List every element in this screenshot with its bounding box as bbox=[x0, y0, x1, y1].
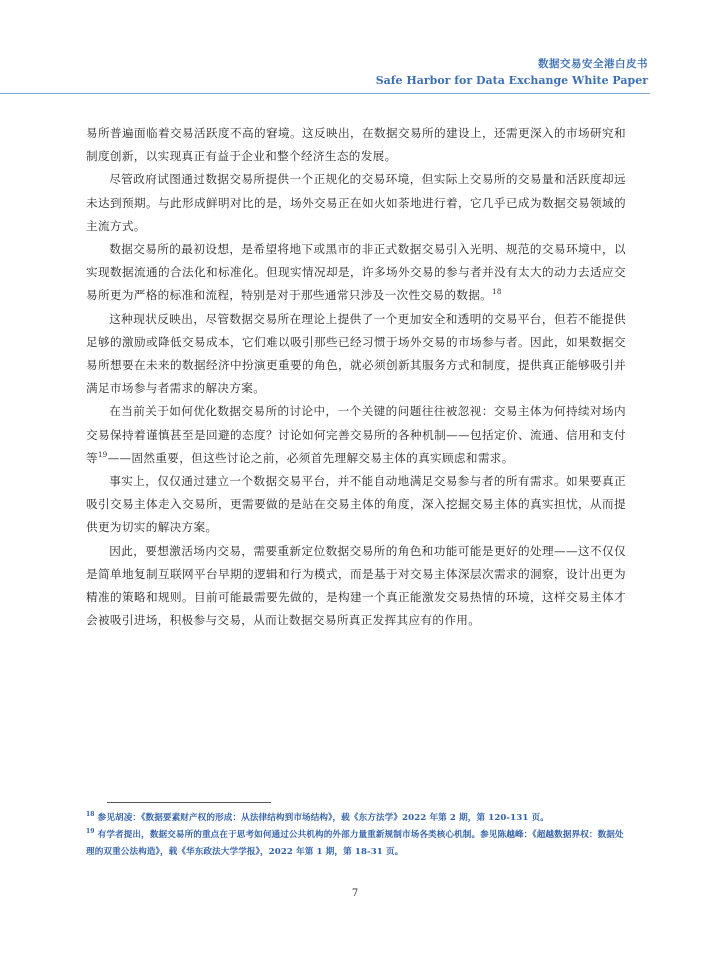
page-number: 7 bbox=[0, 888, 710, 899]
paragraph-7: 因此，要想激活场内交易，需要重新定位数据交易所的角色和功能可能是更好的处理——这… bbox=[86, 540, 626, 633]
paragraph-2: 尽管政府试图通过数据交易所提供一个正规化的交易环境，但实际上交易所的交易量和活跃… bbox=[86, 168, 626, 238]
footnote-19: 19 有学者提出，数据交易所的重点在于思考如何通过公共机构的外部力量重新规制市场… bbox=[86, 827, 631, 861]
footnote-ref-18[interactable]: 18 bbox=[492, 289, 502, 297]
footnote-18: 18 参见胡凌：《数据要素财产权的形成：从法律结构到市场结构》，载《东方法学》2… bbox=[86, 810, 631, 827]
paragraph-3: 数据交易所的最初设想，是希望将地下或黑市的非正式数据交易引入光明、规范的交易环境… bbox=[86, 238, 626, 308]
paragraph-6: 事实上，仅仅通过建立一个数据交易平台，并不能自动地满足交易参与者的所有需求。如果… bbox=[86, 470, 626, 540]
running-header: 数据交易安全港白皮书 Safe Harbor for Data Exchange… bbox=[376, 56, 648, 90]
paragraph-5: 在当前关于如何优化数据交易所的讨论中，一个关键的问题往往被忽视：交易主体为何持续… bbox=[86, 400, 626, 470]
footnote-divider bbox=[107, 802, 271, 803]
footnotes: 18 参见胡凌：《数据要素财产权的形成：从法律结构到市场结构》，载《东方法学》2… bbox=[86, 810, 631, 861]
header-title-zh: 数据交易安全港白皮书 bbox=[376, 56, 648, 72]
paragraph-1: 易所普遍面临着交易活跃度不高的窘境。这反映出，在数据交易所的建设上，还需更深入的… bbox=[86, 122, 626, 168]
paragraph-4: 这种现状反映出，尽管数据交易所在理论上提供了一个更加安全和透明的交易平台，但若不… bbox=[86, 308, 626, 401]
header-title-en: Safe Harbor for Data Exchange White Pape… bbox=[376, 72, 648, 90]
body-text: 易所普遍面临着交易活跃度不高的窘境。这反映出，在数据交易所的建设上，还需更深入的… bbox=[86, 122, 626, 632]
footnote-ref-19[interactable]: 19 bbox=[98, 451, 108, 459]
header-divider bbox=[0, 93, 650, 94]
